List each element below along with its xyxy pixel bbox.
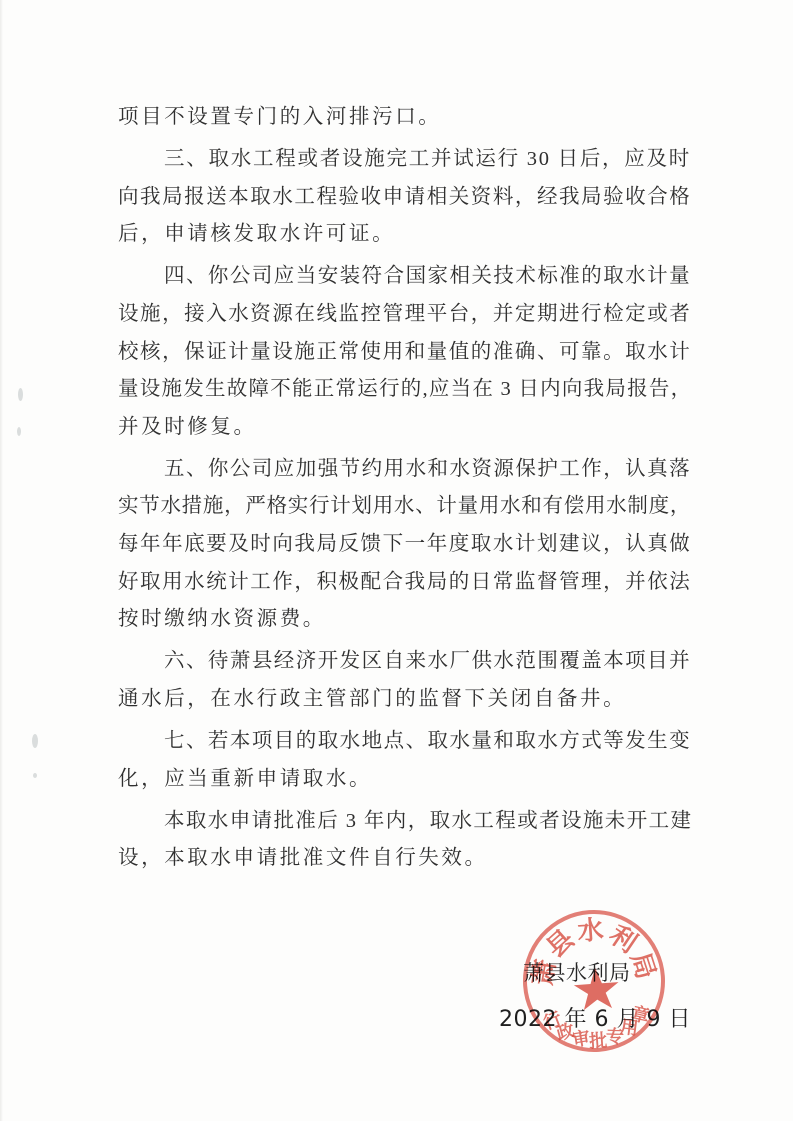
paragraph-line: 六、待萧县经济开发区自来水厂供水范围覆盖本项目并 — [118, 643, 691, 681]
paragraph-line: 并及时修复。 — [118, 409, 691, 447]
scan-speck — [33, 773, 37, 778]
signature-issuer: 萧县水利局 — [523, 957, 631, 987]
seal-arc-char: 局 — [625, 948, 659, 982]
scan-speck — [18, 388, 23, 401]
paragraph: 四、你公司应当安装符合国家相关技术标准的取水计量设施，接入水资源在线监控管理平台… — [118, 258, 691, 446]
paragraph-line: 量设施发生故障不能正常运行的,应当在 3 日内向我局报告， — [118, 371, 691, 409]
paragraph-line: 三、取水工程或者设施完工并试运行 30 日后，应及时 — [118, 141, 691, 179]
paragraph-line: 四、你公司应当安装符合国家相关技术标准的取水计量 — [118, 258, 691, 296]
signature-date: 2022 年 6 月 9 日 — [499, 1002, 691, 1033]
seal-arc-text: 萧县水利局 — [518, 905, 660, 915]
scan-speck — [17, 427, 21, 436]
document-body: 项目不设置专门的入河排污口。三、取水工程或者设施完工并试运行 30 日后，应及时… — [118, 99, 691, 882]
paragraph-line: 设，本取水申请批准文件自行失效。 — [118, 840, 691, 878]
paragraph: 项目不设置专门的入河排污口。 — [118, 99, 691, 137]
paragraph: 七、若本项目的取水地点、取水量和取水方式等发生变化，应当重新申请取水。 — [118, 723, 691, 798]
seal-arc-char: 水 — [576, 916, 605, 945]
paragraph-line: 项目不设置专门的入河排污口。 — [118, 99, 691, 137]
paragraph-line: 后，申请核发取水许可证。 — [118, 216, 691, 254]
paragraph-line: 通水后，在水行政主管部门的监督下关闭自备井。 — [118, 681, 691, 719]
paragraph-line: 每年年底要及时向我局反馈下一年度取水计划建议，认真做 — [118, 526, 691, 564]
paragraph: 五、你公司应加强节约用水和水资源保护工作，认真落实节水措施，严格实行计划用水、计… — [118, 451, 691, 639]
document-page: 项目不设置专门的入河排污口。三、取水工程或者设施完工并试运行 30 日后，应及时… — [0, 0, 793, 1121]
paragraph-line: 化，应当重新申请取水。 — [118, 761, 691, 799]
paragraph-line: 本取水申请批准后 3 年内，取水工程或者设施未开工建 — [118, 803, 691, 841]
paragraph-line: 设施，接入水资源在线监控管理平台，并定期进行检定或者 — [118, 296, 691, 334]
scan-speck — [32, 734, 38, 748]
paragraph-line: 校核，保证计量设施正常使用和量值的准确、可靠。取水计 — [118, 334, 691, 372]
paragraph-line: 好取用水统计工作，积极配合我局的日常监督管理，并依法 — [118, 564, 691, 602]
seal-arc-char: 利 — [604, 920, 641, 957]
paragraph-line: 实节水措施，严格实行计划用水、计量用水和有偿用水制度， — [118, 488, 691, 526]
paragraph-line: 按时缴纳水资源费。 — [118, 601, 691, 639]
paragraph-line: 五、你公司应加强节约用水和水资源保护工作，认真落 — [118, 451, 691, 489]
paragraph-line: 向我局报送本取水工程验收申请相关资料，经我局验收合格 — [118, 179, 691, 217]
paragraph: 六、待萧县经济开发区自来水厂供水范围覆盖本项目并通水后，在水行政主管部门的监督下… — [118, 643, 691, 718]
paragraph-line: 七、若本项目的取水地点、取水量和取水方式等发生变 — [118, 723, 691, 761]
paragraph: 本取水申请批准后 3 年内，取水工程或者设施未开工建设，本取水申请批准文件自行失… — [118, 803, 691, 878]
seal-bottom-text: 行政审批专用章 — [518, 905, 660, 915]
paragraph: 三、取水工程或者设施完工并试运行 30 日后，应及时向我局报送本取水工程验收申请… — [118, 141, 691, 254]
